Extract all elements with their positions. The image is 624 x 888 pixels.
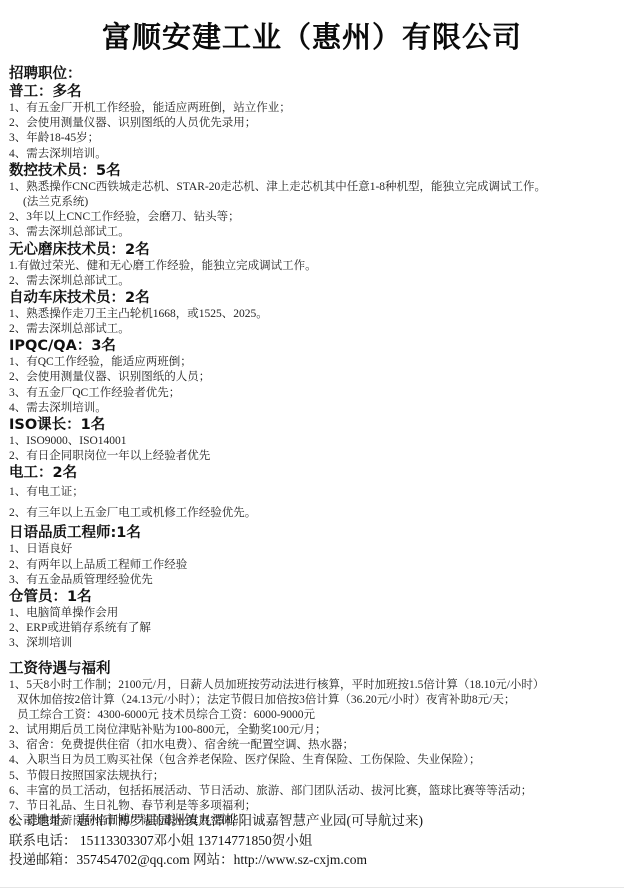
requirement-item: 3、深圳培训: [9, 636, 619, 651]
position-general-worker: 普工：多名 1、有五金厂开机工作经验，能适应两班倒，站立作业； 2、会使用测量仪…: [9, 83, 619, 162]
requirement-item: 1、有电工证；: [9, 482, 619, 503]
section-spacer: [9, 652, 619, 660]
position-auto-lathe-technician: 自动车床技术员：2名 1、熟悉操作走刀王主凸轮机1668，或1525、2025。…: [9, 289, 619, 337]
position-heading: 自动车床技术员：2名: [9, 289, 619, 307]
welfare-heading: 工资待遇与福利: [9, 660, 619, 678]
position-cnc-technician: 数控技术员：5名 1、熟悉操作CNC西铁城走芯机、STAR-20走芯机、津上走芯…: [9, 162, 619, 241]
welfare-item: 5、节假日按照国家法规执行；: [9, 769, 619, 784]
requirement-item: 1、ISO9000、ISO14001: [9, 434, 619, 449]
position-heading: ISO课长：1名: [9, 416, 619, 434]
position-heading: 日语品质工程师:1名: [9, 524, 619, 542]
job-posting-document: 富顺安建工业（惠州）有限公司 招聘职位： 普工：多名 1、有五金厂开机工作经验，…: [0, 0, 624, 887]
requirement-item: 1、有五金厂开机工作经验，能适应两班倒，站立作业；: [9, 101, 619, 116]
welfare-item: 4、入职当日为员工购买社保（包含养老保险、医疗保险、生育保险、工伤保险、失业保险…: [9, 753, 619, 768]
contact-email-website: 投递邮箱：357454702@qq.com 网站：http://www.sz-c…: [9, 850, 619, 870]
requirement-item: 2、需去深圳总部试工。: [9, 322, 619, 337]
requirement-item: 2、有三年以上五金厂电工或机修工作经验优先。: [9, 503, 619, 524]
welfare-section: 工资待遇与福利 1、5天8小时工作制；2100元/月，日薪人员加班按劳动法进行核…: [9, 660, 619, 830]
welfare-item: 3、宿舍：免费提供住宿（扣水电费）、宿舍统一配置空调、热水器；: [9, 738, 619, 753]
requirement-item: 1、熟悉操作CNC西铁城走芯机、STAR-20走芯机、津上走芯机其中任意1-8种…: [9, 180, 619, 195]
position-warehouse-keeper: 仓管员：1名 1、电脑简单操作会用 2、ERP或进销存系统有了解 3、深圳培训: [9, 588, 619, 652]
company-address: 公司地址：惠州市博罗县园洲镇九潭桦阳诚嘉智慧产业园(可导航过来): [9, 811, 619, 831]
position-ipqc-qa: IPQC/QA：3名 1、有QC工作经验，能适应两班倒； 2、会使用测量仪器、识…: [9, 337, 619, 416]
requirement-item: 2、有两年以上品质工程师工作经验: [9, 558, 619, 573]
recruitment-content: 招聘职位： 普工：多名 1、有五金厂开机工作经验，能适应两班倒，站立作业； 2、…: [9, 66, 619, 829]
requirement-item: 1、电脑简单操作会用: [9, 606, 619, 621]
requirement-item: 4、需去深圳培训。: [9, 147, 619, 162]
requirement-item: 2、需去深圳总部试工。: [9, 274, 619, 289]
requirement-item: 2、有日企同职岗位一年以上经验者优先: [9, 449, 619, 464]
position-heading: 无心磨床技术员：2名: [9, 241, 619, 259]
requirement-item: 2、3年以上CNC工作经验，会磨刀、钻头等；: [9, 210, 619, 225]
position-japanese-quality-engineer: 日语品质工程师:1名 1、日语良好 2、有两年以上品质工程师工作经验 3、有五金…: [9, 524, 619, 588]
position-electrician: 电工：2名 1、有电工证； 2、有三年以上五金厂电工或机修工作经验优先。: [9, 464, 619, 524]
welfare-item: 1、5天8小时工作制；2100元/月，日薪人员加班按劳动法进行核算，平时加班按1…: [9, 678, 619, 693]
requirement-item: 3、有五金厂QC工作经验者优先；: [9, 386, 619, 401]
position-heading: 电工：2名: [9, 464, 619, 482]
company-title: 富顺安建工业（惠州）有限公司: [0, 20, 624, 54]
requirement-item: 1、有QC工作经验，能适应两班倒；: [9, 355, 619, 370]
position-heading: 仓管员：1名: [9, 588, 619, 606]
welfare-item-continued: 双休加倍按2倍计算（24.13元/小时）；法定节假日加倍按3倍计算（36.20元…: [9, 693, 619, 708]
requirement-item: 2、会使用测量仪器、识别图纸的人员优先录用；: [9, 116, 619, 131]
position-heading: 普工：多名: [9, 83, 619, 101]
position-centerless-grinder-technician: 无心磨床技术员：2名 1.有做过荣光、健和无心磨工作经验，能独立完成调试工作。 …: [9, 241, 619, 289]
welfare-item-continued: 员工综合工资：4300-6000元 技术员综合工资：6000-9000元: [9, 708, 619, 723]
requirement-item: 1、熟悉操作走刀王主凸轮机1668，或1525、2025。: [9, 307, 619, 322]
requirement-item: 2、会使用测量仪器、识别图纸的人员；: [9, 370, 619, 385]
requirement-item: 2、ERP或进销存系统有了解: [9, 621, 619, 636]
contact-phone: 联系电话： 15113303307邓小姐 13714771850贺小姐: [9, 831, 619, 851]
requirement-item: 1、日语良好: [9, 542, 619, 557]
contact-section: 公司地址：惠州市博罗县园洲镇九潭桦阳诚嘉智慧产业园(可导航过来) 联系电话： 1…: [9, 811, 619, 870]
requirement-item: 3、需去深圳总部试工。: [9, 225, 619, 240]
requirement-item: 4、需去深圳培训。: [9, 401, 619, 416]
position-heading: 数控技术员：5名: [9, 162, 619, 180]
recruit-heading: 招聘职位：: [9, 66, 619, 83]
welfare-item: 6、丰富的员工活动，包括拓展活动、节日活动、旅游、部门团队活动、拔河比赛，篮球比…: [9, 784, 619, 799]
position-iso-manager: ISO课长：1名 1、ISO9000、ISO14001 2、有日企同职岗位一年以…: [9, 416, 619, 464]
requirement-item: 1.有做过荣光、健和无心磨工作经验，能独立完成调试工作。: [9, 259, 619, 274]
requirement-item: 3、年龄18-45岁；: [9, 131, 619, 146]
requirement-item: 3、有五金品质管理经验优先: [9, 573, 619, 588]
position-heading: IPQC/QA：3名: [9, 337, 619, 355]
welfare-item: 2、试用期后员工岗位津贴补贴为100-800元，全勤奖100元/月；: [9, 723, 619, 738]
requirement-item-note: (法兰克系统): [9, 195, 619, 210]
